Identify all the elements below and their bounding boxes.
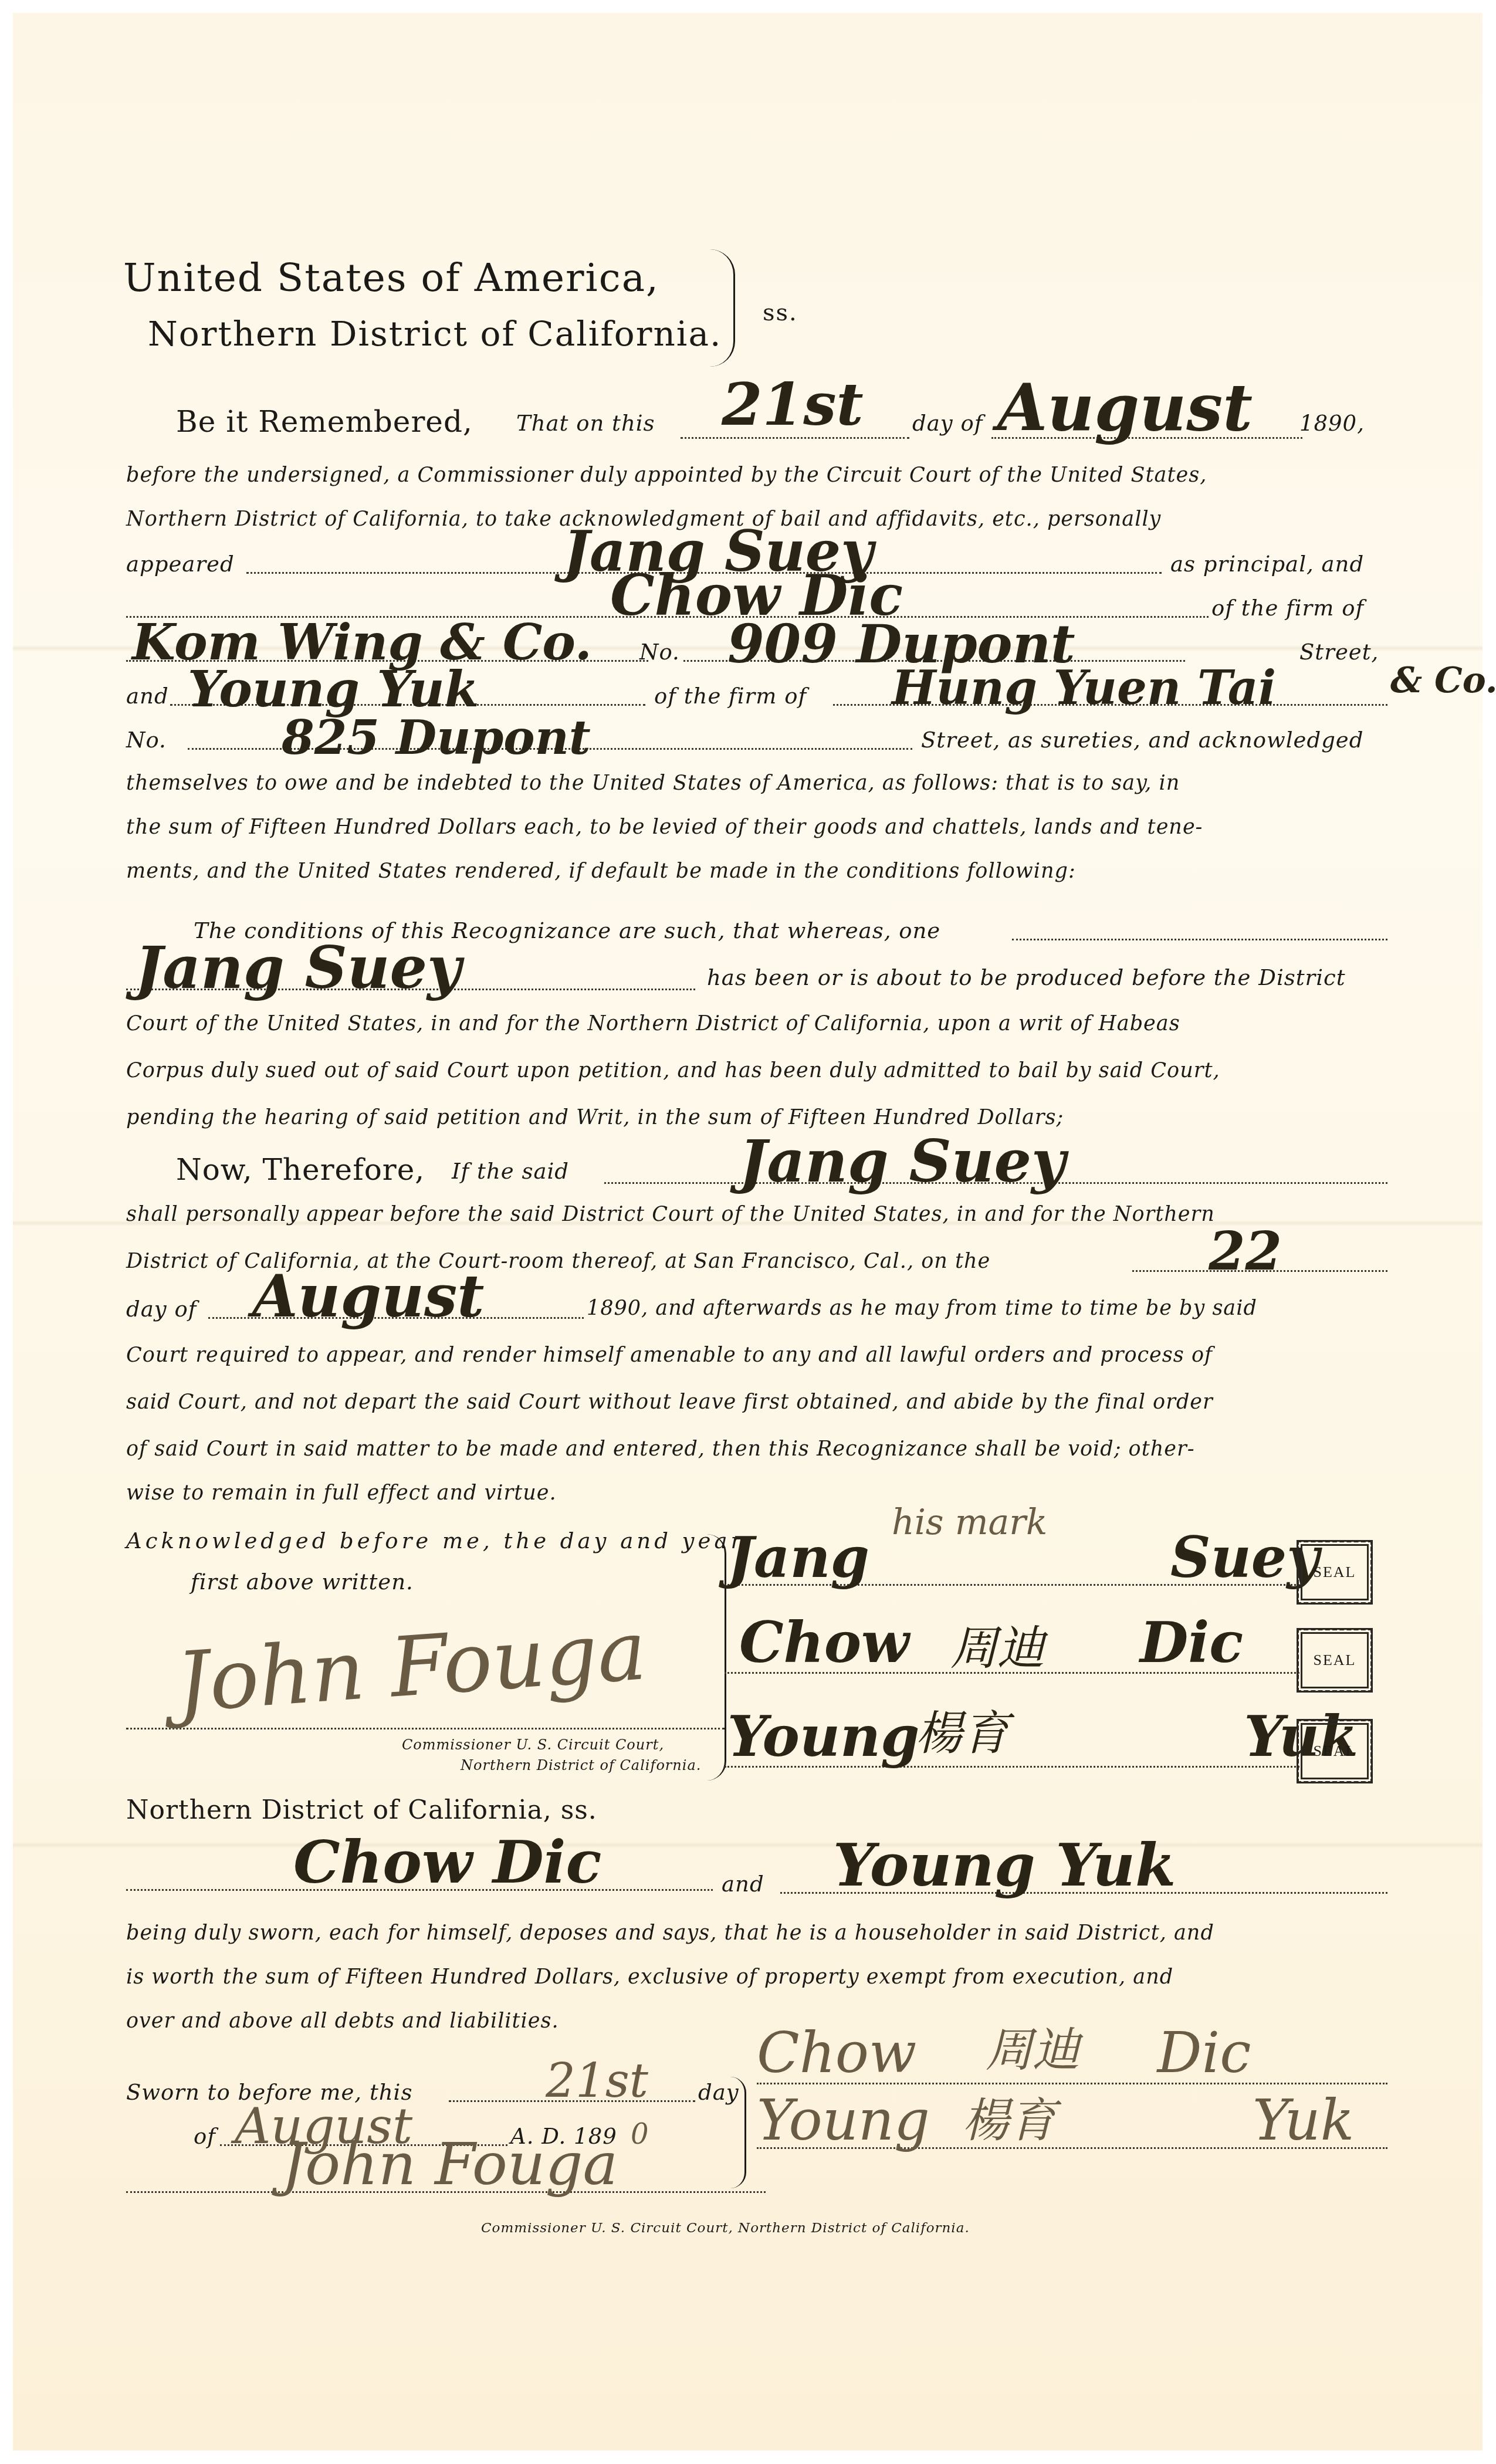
seal-box: SEAL xyxy=(1297,1628,1373,1693)
firm2-suffix: & Co. xyxy=(1390,660,1496,701)
text: No. xyxy=(126,727,167,753)
text: and xyxy=(722,1871,764,1897)
affidavit-surety1-chinese: 周迪 xyxy=(986,2012,1079,2080)
text: If the said xyxy=(452,1159,569,1184)
text: first above written. xyxy=(191,1569,414,1595)
affidavit-heading: Northern District of California, ss. xyxy=(126,1795,597,1825)
text: over and above all debts and liabilities… xyxy=(126,2009,559,2033)
recital-lead: Be it Remembered, xyxy=(176,405,473,439)
text: Street, xyxy=(1299,639,1379,665)
text: ments, and the United States rendered, i… xyxy=(126,859,1076,883)
appearance-month-field[interactable]: August xyxy=(252,1261,484,1331)
text: day of xyxy=(126,1297,197,1322)
surety2-signature[interactable]: Young Yuk xyxy=(727,1704,1358,1769)
surety2-chinese-signature: 楊育 xyxy=(915,1695,1009,1763)
text: Acknowledged before me, the day and year xyxy=(126,1528,744,1553)
text: That on this xyxy=(516,411,655,436)
firm2-field[interactable]: Hung Yuen Tai xyxy=(892,660,1276,715)
text: shall personally appear before the said … xyxy=(126,1203,1215,1226)
month-field[interactable]: August xyxy=(997,370,1253,445)
text: Corpus duly sued out of said Court upon … xyxy=(126,1059,1220,1082)
text: of the firm of xyxy=(654,683,807,709)
venue-line-1: United States of America, xyxy=(123,255,659,300)
text: themselves to owe and be indebted to the… xyxy=(126,771,1180,795)
commissioner-district: Northern District of California. xyxy=(461,1757,701,1773)
text: of the firm of xyxy=(1211,595,1364,621)
text: of said Court in said matter to be made … xyxy=(126,1437,1195,1461)
day-field[interactable]: 21st xyxy=(722,370,864,439)
text: No. xyxy=(639,639,680,665)
address2-field[interactable]: 825 Dupont xyxy=(282,710,591,765)
ss-label: ss. xyxy=(763,299,798,326)
text: the sum of Fifteen Hundred Dollars each,… xyxy=(126,815,1203,839)
principal-signature[interactable]: Jang Suey xyxy=(727,1525,1319,1590)
sworn-year-field[interactable]: 0 xyxy=(631,2118,649,2151)
seal-label: SEAL xyxy=(1314,1651,1356,1669)
affidavit-surety1-field[interactable]: Chow Dic xyxy=(293,1827,602,1897)
text: has been or is about to be produced befo… xyxy=(707,965,1346,990)
affidavit-surety2-chinese: 楊育 xyxy=(962,2083,1056,2150)
text: pending the hearing of said petition and… xyxy=(126,1106,1064,1129)
signature-bracket xyxy=(730,2077,746,2188)
seal-box: SEAL xyxy=(1297,1719,1373,1783)
text: appeared xyxy=(126,551,235,577)
blank-line xyxy=(1012,939,1387,940)
commissioner-title: Commissioner U. S. Circuit Court, xyxy=(402,1737,664,1753)
text: wise to remain in full effect and virtue… xyxy=(126,1481,557,1505)
text: and xyxy=(126,683,169,709)
text: before the undersigned, a Commissioner d… xyxy=(126,463,1207,487)
year-text: 1890, xyxy=(1299,411,1365,436)
defendant-name-field[interactable]: Jang Suey xyxy=(739,1126,1065,1196)
text: day of xyxy=(912,411,983,436)
detainee-name-field[interactable]: Jang Suey xyxy=(135,933,461,1002)
seal-box: SEAL xyxy=(1297,1540,1373,1605)
venue-line-2: Northern District of California. xyxy=(148,314,722,354)
affidavit-commissioner-signature[interactable]: John Fouga xyxy=(282,2130,618,2198)
text: is worth the sum of Fifteen Hundred Doll… xyxy=(126,1965,1173,1989)
text: said Court, and not depart the said Cour… xyxy=(126,1390,1213,1414)
fold-crease xyxy=(13,1842,1483,1848)
signature-bracket xyxy=(707,1534,726,1781)
text: being duly sworn, each for himself, depo… xyxy=(126,1921,1214,1945)
seal-label: SEAL xyxy=(1314,1563,1356,1581)
therefore-lead: Now, Therefore, xyxy=(176,1153,425,1187)
text: Street, as sureties, and acknowledged xyxy=(921,727,1363,753)
text: 1890, and afterwards as he may from time… xyxy=(587,1297,1257,1320)
affidavit-surety2-field[interactable]: Young Yuk xyxy=(833,1830,1176,1900)
sworn-day-field[interactable]: 21st xyxy=(546,2053,648,2108)
text: Court of the United States, in and for t… xyxy=(126,1012,1180,1035)
surety1-chinese-signature: 周迪 xyxy=(950,1610,1044,1678)
text: of xyxy=(194,2124,216,2149)
text: as principal, and xyxy=(1170,551,1364,577)
bracket xyxy=(710,249,735,367)
text: Court required to appear, and render him… xyxy=(126,1343,1213,1367)
affidavit-commissioner-title: Commissioner U. S. Circuit Court, Northe… xyxy=(481,2221,970,2236)
appearance-day-field[interactable]: 22 xyxy=(1209,1220,1282,1282)
seal-label: SEAL xyxy=(1314,1742,1356,1760)
